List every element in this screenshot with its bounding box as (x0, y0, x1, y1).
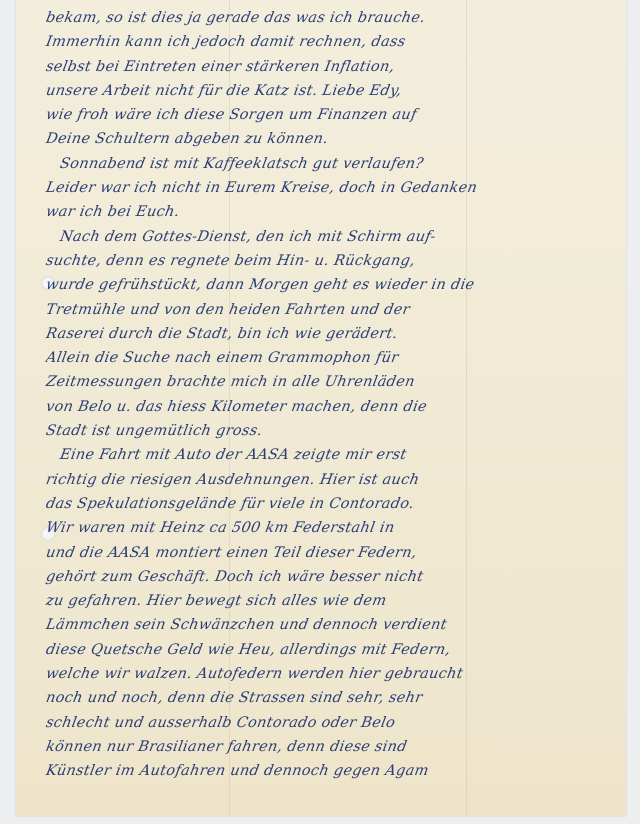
text-line: Deine Schultern abgeben zu können. (44, 127, 608, 151)
text-line: Tretmühle und von den heiden Fahrten und… (44, 298, 608, 322)
text-line: können nur Brasilianer fahren, denn dies… (44, 735, 608, 759)
text-line: Immerhin kann ich jedoch damit rechnen, … (44, 30, 608, 54)
text-line: Allein die Suche nach einem Grammophon f… (44, 346, 608, 370)
letter-page: bekam, so ist dies ja gerade das was ich… (16, 0, 626, 816)
text-line: Lämmchen sein Schwänzchen und dennoch ve… (44, 613, 608, 637)
text-line: bekam, so ist dies ja gerade das was ich… (44, 6, 608, 30)
text-line: wurde gefrühstückt, dann Morgen geht es … (44, 273, 608, 297)
text-line: wie froh wäre ich diese Sorgen um Finanz… (44, 103, 608, 127)
text-line: richtig die riesigen Ausdehnungen. Hier … (44, 468, 608, 492)
text-line: und die AASA montiert einen Teil dieser … (44, 541, 608, 565)
text-line: diese Quetsche Geld wie Heu, allerdings … (44, 638, 608, 662)
text-line: Nach dem Gottes-Dienst, den ich mit Schi… (44, 225, 608, 249)
text-line: suchte, denn es regnete beim Hin- u. Rüc… (44, 249, 608, 273)
text-line: Leider war ich nicht in Eurem Kreise, do… (44, 176, 608, 200)
text-line: Wir waren mit Heinz ca 500 km Federstahl… (44, 516, 608, 540)
text-line: welche wir walzen. Autofedern werden hie… (44, 662, 608, 686)
handwritten-text-block: bekam, so ist dies ja gerade das was ich… (46, 6, 606, 784)
text-line: unsere Arbeit nicht für die Katz ist. Li… (44, 79, 608, 103)
text-line: zu gefahren. Hier bewegt sich alles wie … (44, 589, 608, 613)
text-line: Sonnabend ist mit Kaffeeklatsch gut verl… (44, 152, 608, 176)
text-line: das Spekulationsgelände für viele in Con… (44, 492, 608, 516)
text-line: schlecht und ausserhalb Contorado oder B… (44, 711, 608, 735)
text-line: Stadt ist ungemütlich gross. (44, 419, 608, 443)
text-line: Raserei durch die Stadt, bin ich wie ger… (44, 322, 608, 346)
text-line: gehört zum Geschäft. Doch ich wäre besse… (44, 565, 608, 589)
text-line: noch und noch, denn die Strassen sind se… (44, 686, 608, 710)
text-line: Eine Fahrt mit Auto der AASA zeigte mir … (44, 443, 608, 467)
text-line: Zeitmessungen brachte mich in alle Uhren… (44, 370, 608, 394)
text-line: selbst bei Eintreten einer stärkeren Inf… (44, 55, 608, 79)
text-line: Künstler im Autofahren und dennoch gegen… (44, 759, 608, 783)
text-line: war ich bei Euch. (44, 200, 608, 224)
text-line: von Belo u. das hiess Kilometer machen, … (44, 395, 608, 419)
